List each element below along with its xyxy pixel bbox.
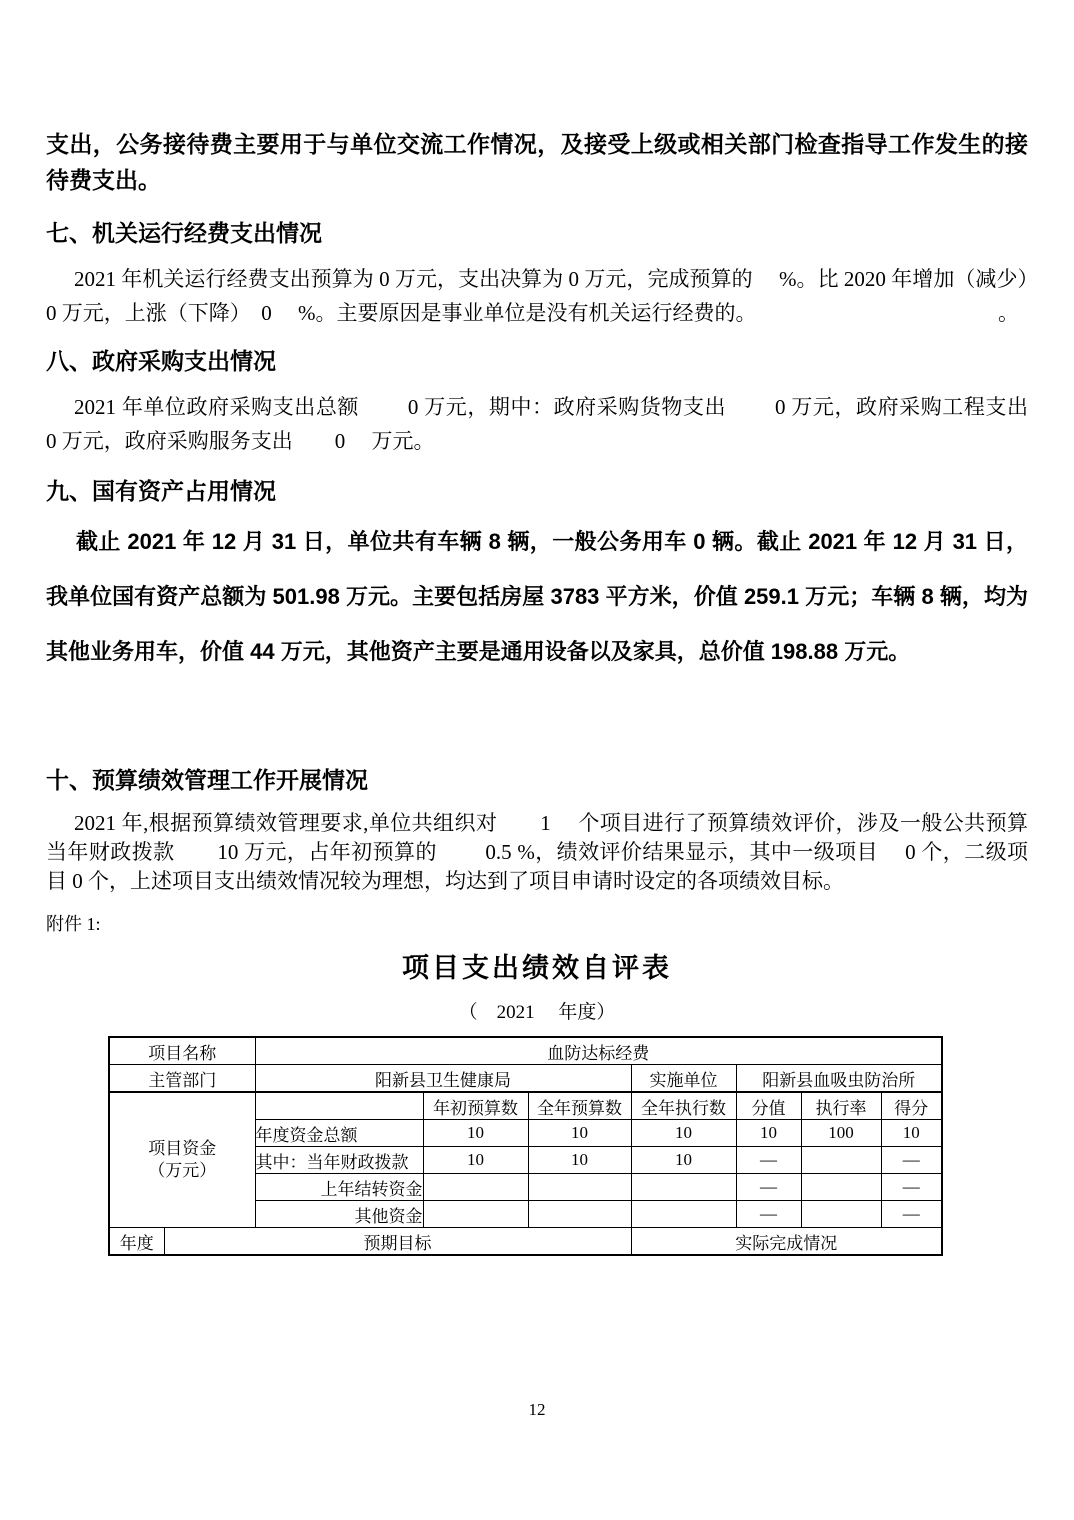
section-10-heading: 十、预算绩效管理工作开展情况 [46,765,1028,795]
cell-project-funds-label: 项目资金 （万元） [109,1092,255,1228]
cell-value: 10 [881,1120,942,1147]
cell-value: 10 [631,1147,736,1174]
section-8-body: 2021 年单位政府采购支出总额 0 万元，期中：政府采购货物支出 0 万元，政… [46,390,1028,458]
table-subtitle: （ 2021 年度） [46,997,1028,1024]
cell-project-name-label: 项目名称 [109,1037,255,1065]
cell-dept-value: 阳新县卫生健康局 [255,1065,631,1093]
cell-impl-unit-label: 实施单位 [631,1065,736,1093]
cell-actual-completion-label: 实际完成情况 [631,1228,942,1256]
cell-value: — [736,1201,801,1228]
section-7-body: 2021 年机关运行经费支出预算为 0 万元，支出决算为 0 万元，完成预算的 … [46,262,1028,330]
cell-value [423,1201,528,1228]
section-9-heading: 九、国有资产占用情况 [46,476,1028,506]
cell-value [801,1174,881,1201]
section-10-body: 2021 年,根据预算绩效管理要求,单位共组织对 1 个项目进行了预算绩效评价，… [46,809,1028,896]
row-departments: 主管部门 阳新县卫生健康局 实施单位 阳新县血吸虫防治所 [109,1065,942,1093]
table-title: 项目支出绩效自评表 [46,946,1028,985]
cell-impl-unit-value: 阳新县血吸虫防治所 [736,1065,942,1093]
section-8-heading: 八、政府采购支出情况 [46,346,1028,376]
col-header-annual-budget: 全年预算数 [528,1092,631,1120]
attachment-label: 附件 1: [46,910,1028,936]
cell-expected-goal-label: 预期目标 [164,1228,631,1256]
cell-value [631,1174,736,1201]
cell-blank-header [255,1092,423,1120]
col-header-annual-executed: 全年执行数 [631,1092,736,1120]
cell-value: — [881,1201,942,1228]
cell-value [631,1201,736,1228]
paragraph-intro: 支出，公务接待费主要用于与单位交流工作情况，及接受上级或相关部门检查指导工作发生… [46,126,1028,198]
row-column-headers: 项目资金 （万元） 年初预算数 全年预算数 全年执行数 分值 执行率 得分 [109,1092,942,1120]
cell-fund-row-name: 上年结转资金 [255,1174,423,1201]
performance-self-evaluation-table: 项目名称 血防达标经费 主管部门 阳新县卫生健康局 实施单位 阳新县血吸虫防治所… [108,1036,943,1256]
cell-fund-row-name: 其中：当年财政拨款 [255,1147,423,1174]
section-7-heading: 七、机关运行经费支出情况 [46,218,1028,248]
cell-year-label: 年度 [109,1228,164,1256]
col-header-points: 分值 [736,1092,801,1120]
row-project-name: 项目名称 血防达标经费 [109,1037,942,1065]
cell-value [801,1201,881,1228]
cell-value: — [736,1174,801,1201]
cell-value: 10 [736,1120,801,1147]
cell-fund-row-name: 其他资金 [255,1201,423,1228]
section-9-body: 截止 2021 年 12 月 31 日，单位共有车辆 8 辆，一般公务用车 0 … [46,514,1028,679]
cell-value [423,1174,528,1201]
page-number: 12 [0,1400,1074,1420]
cell-project-name-value: 血防达标经费 [255,1037,942,1065]
cell-value: — [881,1174,942,1201]
cell-value: — [881,1147,942,1174]
cell-value: 10 [528,1147,631,1174]
col-header-score: 得分 [881,1092,942,1120]
cell-value: 10 [631,1120,736,1147]
cell-value: 100 [801,1120,881,1147]
col-header-initial-budget: 年初预算数 [423,1092,528,1120]
cell-value: — [736,1147,801,1174]
cell-value: 10 [423,1147,528,1174]
col-header-execution-rate: 执行率 [801,1092,881,1120]
cell-value: 10 [528,1120,631,1147]
cell-value [528,1201,631,1228]
cell-dept-label: 主管部门 [109,1065,255,1093]
document-page: 支出，公务接待费主要用于与单位交流工作情况，及接受上级或相关部门检查指导工作发生… [0,0,1074,1520]
cell-value: 10 [423,1120,528,1147]
cell-fund-row-name: 年度资金总额 [255,1120,423,1147]
row-annual-goals: 年度 预期目标 实际完成情况 [109,1228,942,1256]
cell-value [801,1147,881,1174]
cell-value [528,1174,631,1201]
